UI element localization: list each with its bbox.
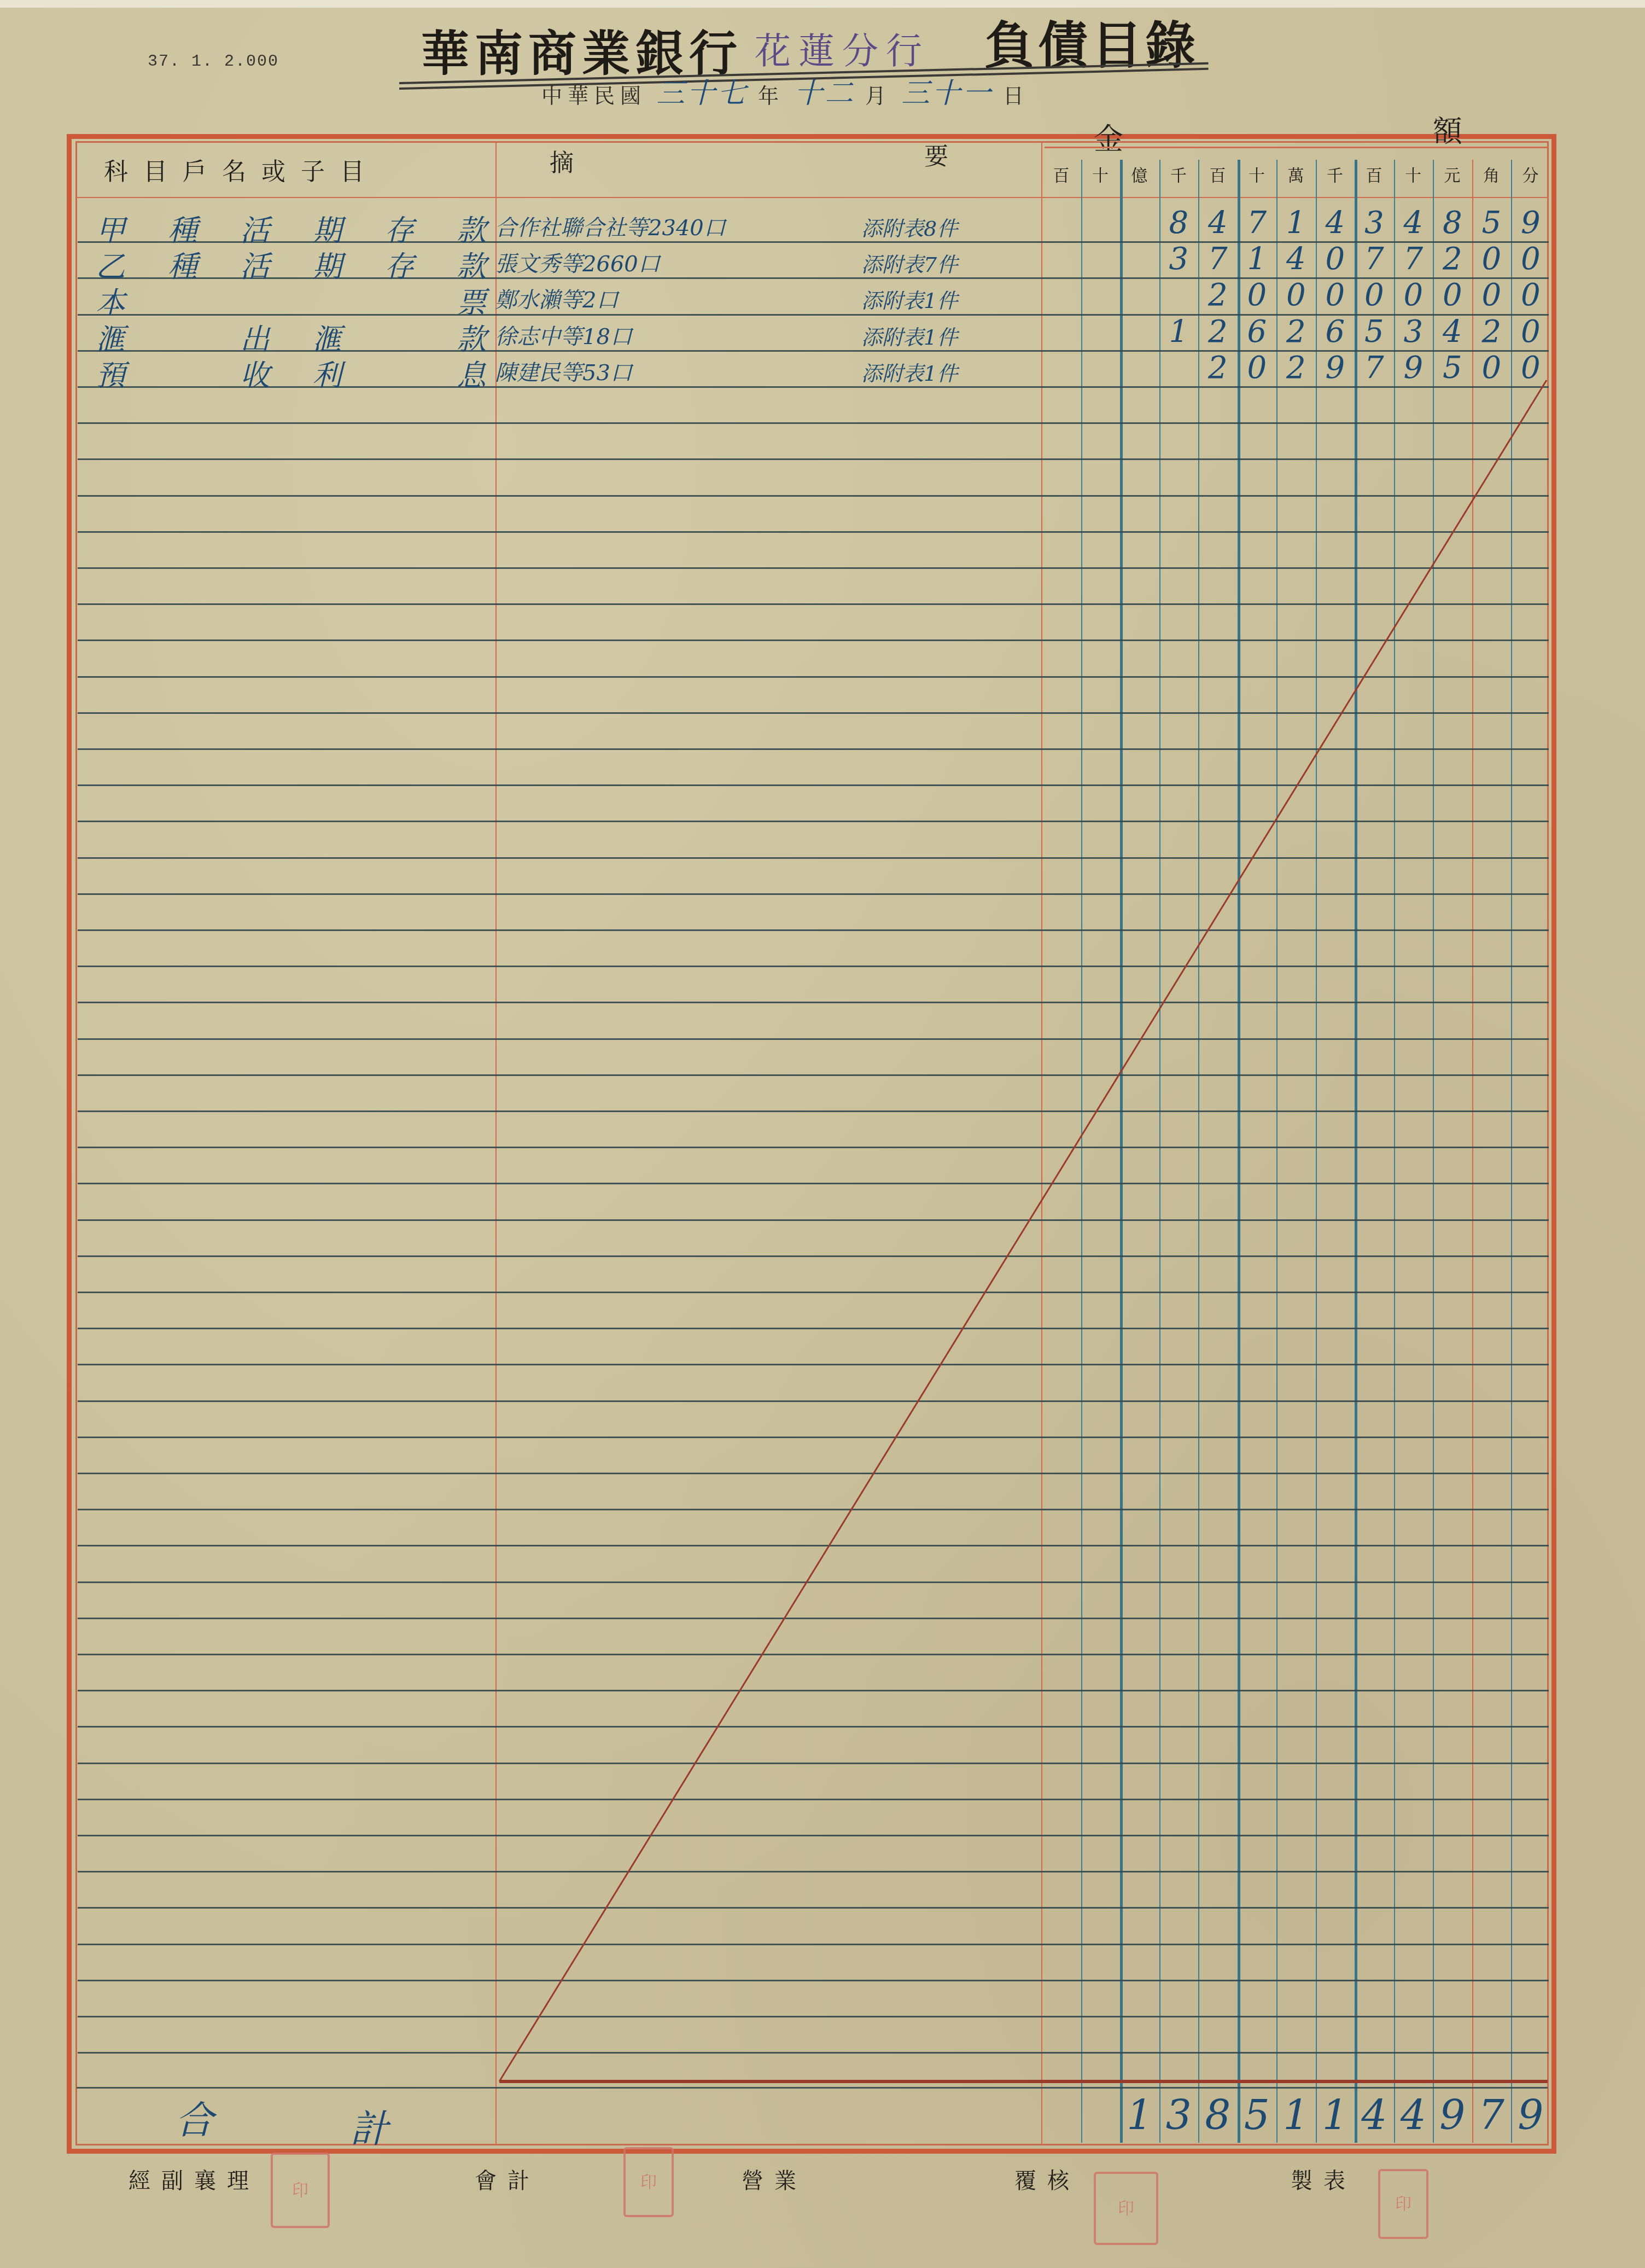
- total-separator: [77, 2087, 1548, 2089]
- seal-manager: 印: [271, 2153, 330, 2228]
- total-digit: 8: [1198, 2091, 1238, 2140]
- total-digit: [1081, 2091, 1121, 2140]
- total-digit: 1: [1120, 2091, 1159, 2140]
- total-digit: 4: [1394, 2091, 1433, 2140]
- sig-accounting-label: 會計: [475, 2164, 540, 2195]
- total-digit: 4: [1355, 2091, 1394, 2140]
- total-digit: 9: [1433, 2091, 1472, 2140]
- total-digit: 1: [1276, 2091, 1316, 2140]
- total-digit: 7: [1472, 2091, 1512, 2140]
- total-digit: 3: [1159, 2091, 1199, 2140]
- sig-manager-label: 經副襄理: [129, 2164, 260, 2195]
- total-digit: 5: [1238, 2091, 1277, 2140]
- cancel-diagonal-line: [0, 0, 1645, 2268]
- total-label-1: 合: [175, 2090, 213, 2145]
- total-digit: 9: [1511, 2091, 1550, 2140]
- seal-accounting: 印: [623, 2147, 674, 2217]
- seal-review: 印: [1094, 2172, 1158, 2245]
- seal-preparer: 印: [1378, 2169, 1428, 2239]
- sig-operations-label: 營業: [742, 2164, 807, 2195]
- sig-review-label: 覆核: [1014, 2164, 1080, 2195]
- total-digit: 1: [1316, 2091, 1355, 2140]
- total-label-2: 計: [350, 2098, 388, 2154]
- total-amount: 13851144979: [1042, 2091, 1550, 2140]
- sig-preparer-label: 製表: [1291, 2164, 1356, 2195]
- total-digit: [1042, 2091, 1081, 2140]
